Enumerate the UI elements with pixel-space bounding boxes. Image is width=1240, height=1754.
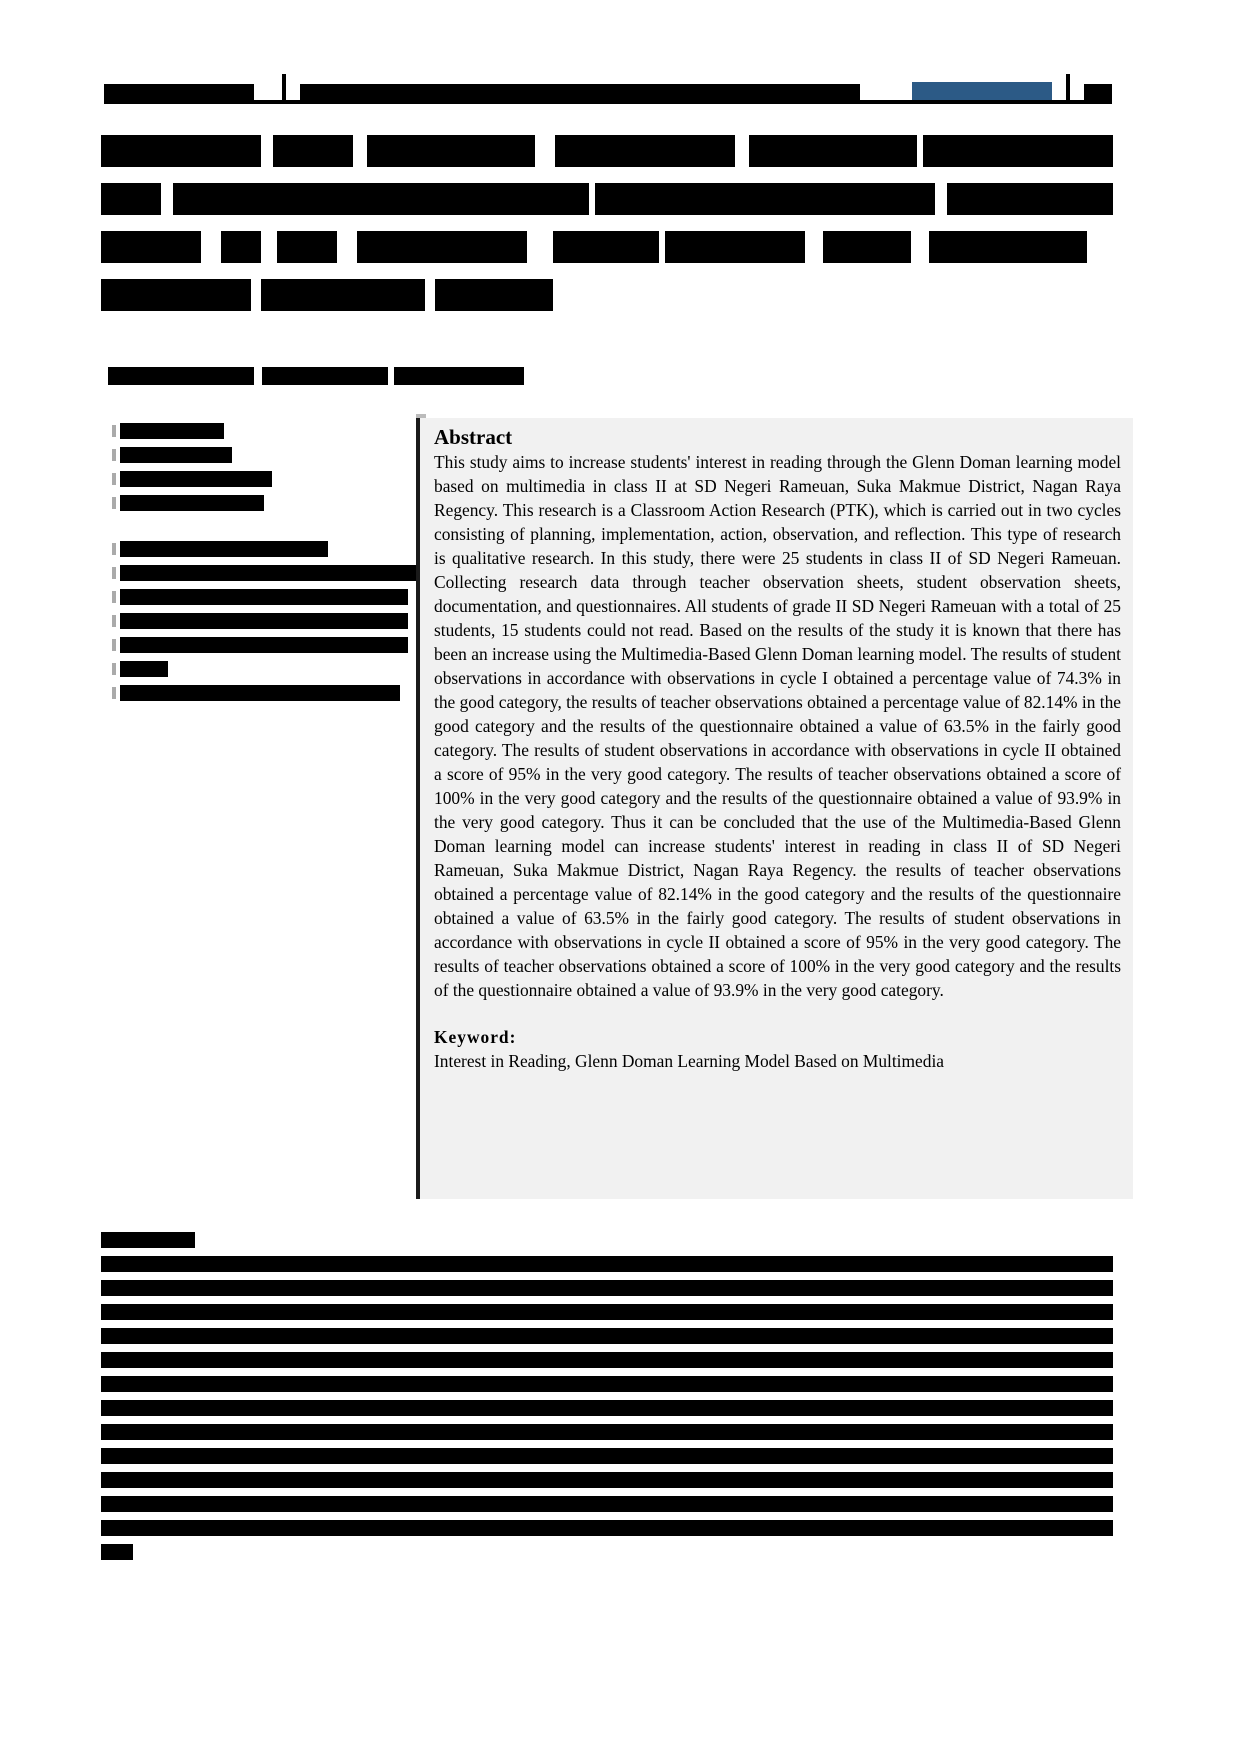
redacted-paragraph-line [101,1280,1113,1296]
redacted-info-row [112,589,412,605]
abstract-heading: Abstract [434,424,1121,450]
article-info [112,423,412,709]
paper-title [101,135,1113,327]
redacted-section-heading [101,1232,195,1248]
redacted-paragraph-line [101,1256,1113,1272]
redacted-journal-info [104,84,254,100]
keyword-label: Keyword: [434,1025,1121,1049]
keyword-list: Interest in Reading, Glenn Doman Learnin… [434,1049,1121,1073]
redacted-info-row [112,565,412,581]
redacted-info-row [112,447,412,463]
abstract-box: Abstract This study aims to increase stu… [416,418,1133,1199]
redacted-paragraph-line [101,1304,1113,1320]
redacted-paragraph-line [101,1328,1113,1344]
redacted-info-row [112,661,412,677]
redacted-page-number [1084,84,1112,100]
redacted-info-row [112,423,412,439]
redacted-header-text [300,84,860,100]
redacted-title-line [101,183,1113,215]
redacted-paragraph-line [101,1520,1113,1536]
redacted-info-row [112,685,412,701]
redacted-info-row [112,471,412,487]
redacted-title-line [101,279,1113,311]
redacted-info-row [112,495,412,511]
redacted-paragraph-line [101,1472,1113,1488]
running-header: AJOMRA [104,74,1112,104]
redacted-info-row [112,541,412,557]
introduction-section [101,1232,1113,1568]
redacted-paragraph-line [101,1424,1113,1440]
redacted-paragraph-line [101,1544,133,1560]
redacted-title-line [101,135,1113,167]
redacted-paragraph-line [101,1352,1113,1368]
journal-logo: AJOMRA [912,82,1052,102]
redacted-paragraph-line [101,1376,1113,1392]
redacted-info-row [112,613,412,629]
header-rule [104,100,1112,104]
redacted-title-line [101,231,1113,263]
redacted-paragraph-line [101,1400,1113,1416]
redacted-paragraph-line [101,1448,1113,1464]
redacted-info-row [112,637,412,653]
redacted-paragraph-line [101,1496,1113,1512]
abstract-body: This study aims to increase students' in… [434,450,1121,1002]
